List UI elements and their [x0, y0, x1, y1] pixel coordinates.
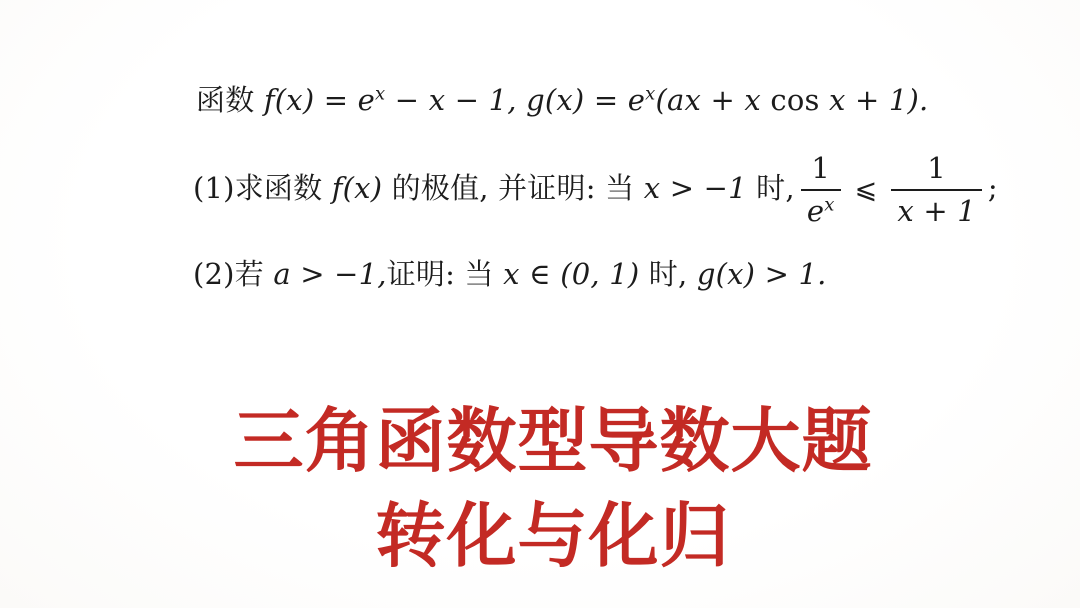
fraction-numerator: 1	[891, 151, 982, 191]
part-2-text-2: 证明: 当	[387, 257, 503, 291]
math-condition-a: a > −1,	[273, 257, 386, 291]
exponent-x: x	[375, 83, 385, 104]
problem-line-1-intro: 函数	[196, 83, 264, 117]
part-2-label: (2)	[193, 257, 235, 291]
fraction-one-over-e-to-x: 1ex	[801, 151, 841, 229]
math-fx: f(x)	[332, 171, 383, 205]
problem-line-1: 函数 f(x) = ex − x − 1, g(x) = ex(ax + x c…	[196, 78, 928, 119]
part-1-text-2: 的极值, 并证明: 当	[382, 171, 643, 205]
semicolon: ;	[988, 171, 998, 205]
caption-line-2: 转化与化归	[13, 489, 1080, 584]
exponent-x: x	[824, 194, 834, 215]
caption: 三角函数型导数大题 转化与化归	[13, 394, 1080, 584]
problem-line-3: (2)若 a > −1,证明: 当 x ∈ (0, 1) 时, g(x) > 1…	[193, 252, 827, 293]
math-gx-inequality: g(x) > 1.	[697, 257, 827, 291]
part-2-text: 若	[235, 257, 274, 291]
math-fx-def-rest: − x − 1, g(x) = e	[385, 83, 645, 117]
math-gx-def: (ax + x	[656, 83, 771, 117]
fraction-one-over-x-plus-1: 1x + 1	[891, 151, 982, 229]
part-1-text-3: 时,	[747, 171, 795, 205]
fraction-denominator: ex	[801, 191, 841, 229]
part-2-text-3: 时,	[639, 257, 696, 291]
math-condition-x: x > −1	[644, 171, 747, 205]
math-gx-def-rest: x + 1).	[820, 83, 929, 117]
part-1-label: (1)	[193, 171, 235, 205]
fraction-denominator: x + 1	[891, 191, 982, 229]
cos-function: cos	[770, 83, 819, 117]
exponent-x: x	[645, 83, 655, 104]
problem-line-2: (1)求函数 f(x) 的极值, 并证明: 当 x > −1 时,1ex⩽1x …	[193, 148, 998, 230]
part-1-text: 求函数	[235, 171, 332, 205]
fraction-numerator: 1	[801, 151, 841, 191]
less-equal-sign: ⩽	[855, 174, 878, 205]
caption-line-1: 三角函数型导数大题	[13, 394, 1080, 489]
math-fx-def: f(x) = e	[264, 83, 375, 117]
math-interval: x ∈ (0, 1)	[503, 257, 639, 291]
